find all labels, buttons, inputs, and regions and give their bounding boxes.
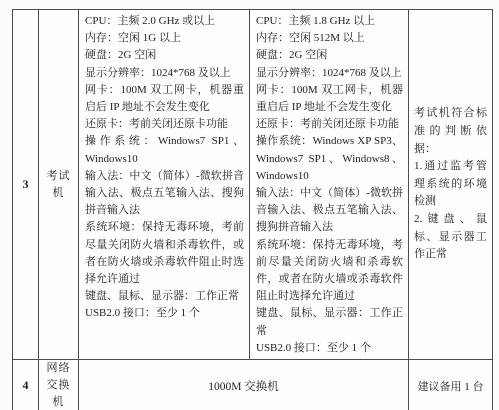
- spec-line: 操作系统：Windows7 SP1、Windows10: [85, 133, 244, 167]
- spec-list-left: CPU：主频 2.0 GHz 或以上内存：空闲 1G 以上硬盘：2G 空闲显示分…: [85, 13, 244, 323]
- spec-line: 显示分辨率：1024*768 及以上: [256, 65, 403, 82]
- spec-line: 输入法：中文（简体）-微软拼音输入法、极点五笔输入法、搜狗拼音输入法: [256, 185, 403, 237]
- spec-line: 显示分辨率：1024*768 及以上: [85, 65, 244, 82]
- spec-line: 输入法：中文（简体）-微软拼音输入法、极点五笔输入法、搜狗拼音输入法: [85, 168, 244, 220]
- spec-line: 还原卡：考前关闭还原卡功能: [85, 116, 244, 133]
- spec-line: 操作系统：Windows XP SP3、Windows7 SP1、Windows…: [256, 133, 403, 185]
- switch-spec-cell: 1000M 交换机: [79, 360, 409, 410]
- spec-cell-right: CPU：主频 1.8 GHz 以上内存：空闲 512M 以上硬盘：2G 空闲显示…: [250, 10, 409, 360]
- spec-line: 系统环境：保持无毒环境，考前尽量关闭防火墙和杀毒软件，或者在防火墙或杀毒软件阻止…: [85, 219, 244, 288]
- spec-line: CPU：主频 1.8 GHz 以上: [256, 13, 403, 30]
- note-cell-exam-machine: 考试机符合标准的判断依据：1.通过监考管理系统的环境检测2.键盘、鼠标、显示器工…: [409, 10, 493, 360]
- row-item-name: 网络交换机: [39, 360, 79, 410]
- spec-line: USB2.0 接口：至少 1 个: [85, 305, 244, 322]
- spec-line: 硬盘：2G 空闲: [85, 47, 244, 64]
- spec-line: 硬盘：2G 空闲: [256, 47, 403, 64]
- note-line: 1.通过监考管理系统的环境检测: [414, 158, 487, 211]
- spec-line: 还原卡：考前关闭还原卡功能: [256, 116, 403, 133]
- row-seq-number: 3: [13, 10, 39, 360]
- spec-line: 内存：空闲 512M 以上: [256, 30, 403, 47]
- note-line: 考试机符合标准的判断依据：: [414, 105, 487, 158]
- row-item-name: 考试机: [39, 10, 79, 360]
- note-list: 考试机符合标准的判断依据：1.通过监考管理系统的环境检测2.键盘、鼠标、显示器工…: [414, 105, 487, 263]
- equipment-requirements-table: 3 考试机 CPU：主频 2.0 GHz 或以上内存：空闲 1G 以上硬盘：2G…: [12, 9, 493, 410]
- row-seq-number: 4: [13, 360, 39, 410]
- spec-cell-left: CPU：主频 2.0 GHz 或以上内存：空闲 1G 以上硬盘：2G 空闲显示分…: [79, 10, 250, 360]
- spec-line: 内存：空闲 1G 以上: [85, 30, 244, 47]
- spec-line: 系统环境：保持无毒环境，考前尽量关闭防火墙和杀毒软件，或者在防火墙或杀毒软件阻止…: [256, 237, 403, 306]
- table-row-exam-machine: 3 考试机 CPU：主频 2.0 GHz 或以上内存：空闲 1G 以上硬盘：2G…: [13, 10, 493, 360]
- table-row-network-switch: 4 网络交换机 1000M 交换机 建议备用 1 台: [13, 360, 493, 410]
- spec-line: 键盘、鼠标、显示器：工作正常: [85, 288, 244, 305]
- note-line: 2.键盘、鼠标、显示器工作正常: [414, 211, 487, 264]
- note-cell-network-switch: 建议备用 1 台: [409, 360, 493, 410]
- spec-line: 网卡：100M 双工网卡，机器重启后 IP 地址不会发生变化: [256, 82, 403, 116]
- spec-line: USB2.0 接口：至少 1 个: [256, 340, 403, 357]
- spec-line: CPU：主频 2.0 GHz 或以上: [85, 13, 244, 30]
- spec-line: 网卡：100M 双工网卡，机器重启后 IP 地址不会发生变化: [85, 82, 244, 116]
- spec-list-right: CPU：主频 1.8 GHz 以上内存：空闲 512M 以上硬盘：2G 空闲显示…: [256, 13, 403, 357]
- scanned-document-page: 3 考试机 CPU：主频 2.0 GHz 或以上内存：空闲 1G 以上硬盘：2G…: [0, 0, 499, 410]
- spec-line: 键盘、鼠标、显示器：工作正常: [256, 305, 403, 339]
